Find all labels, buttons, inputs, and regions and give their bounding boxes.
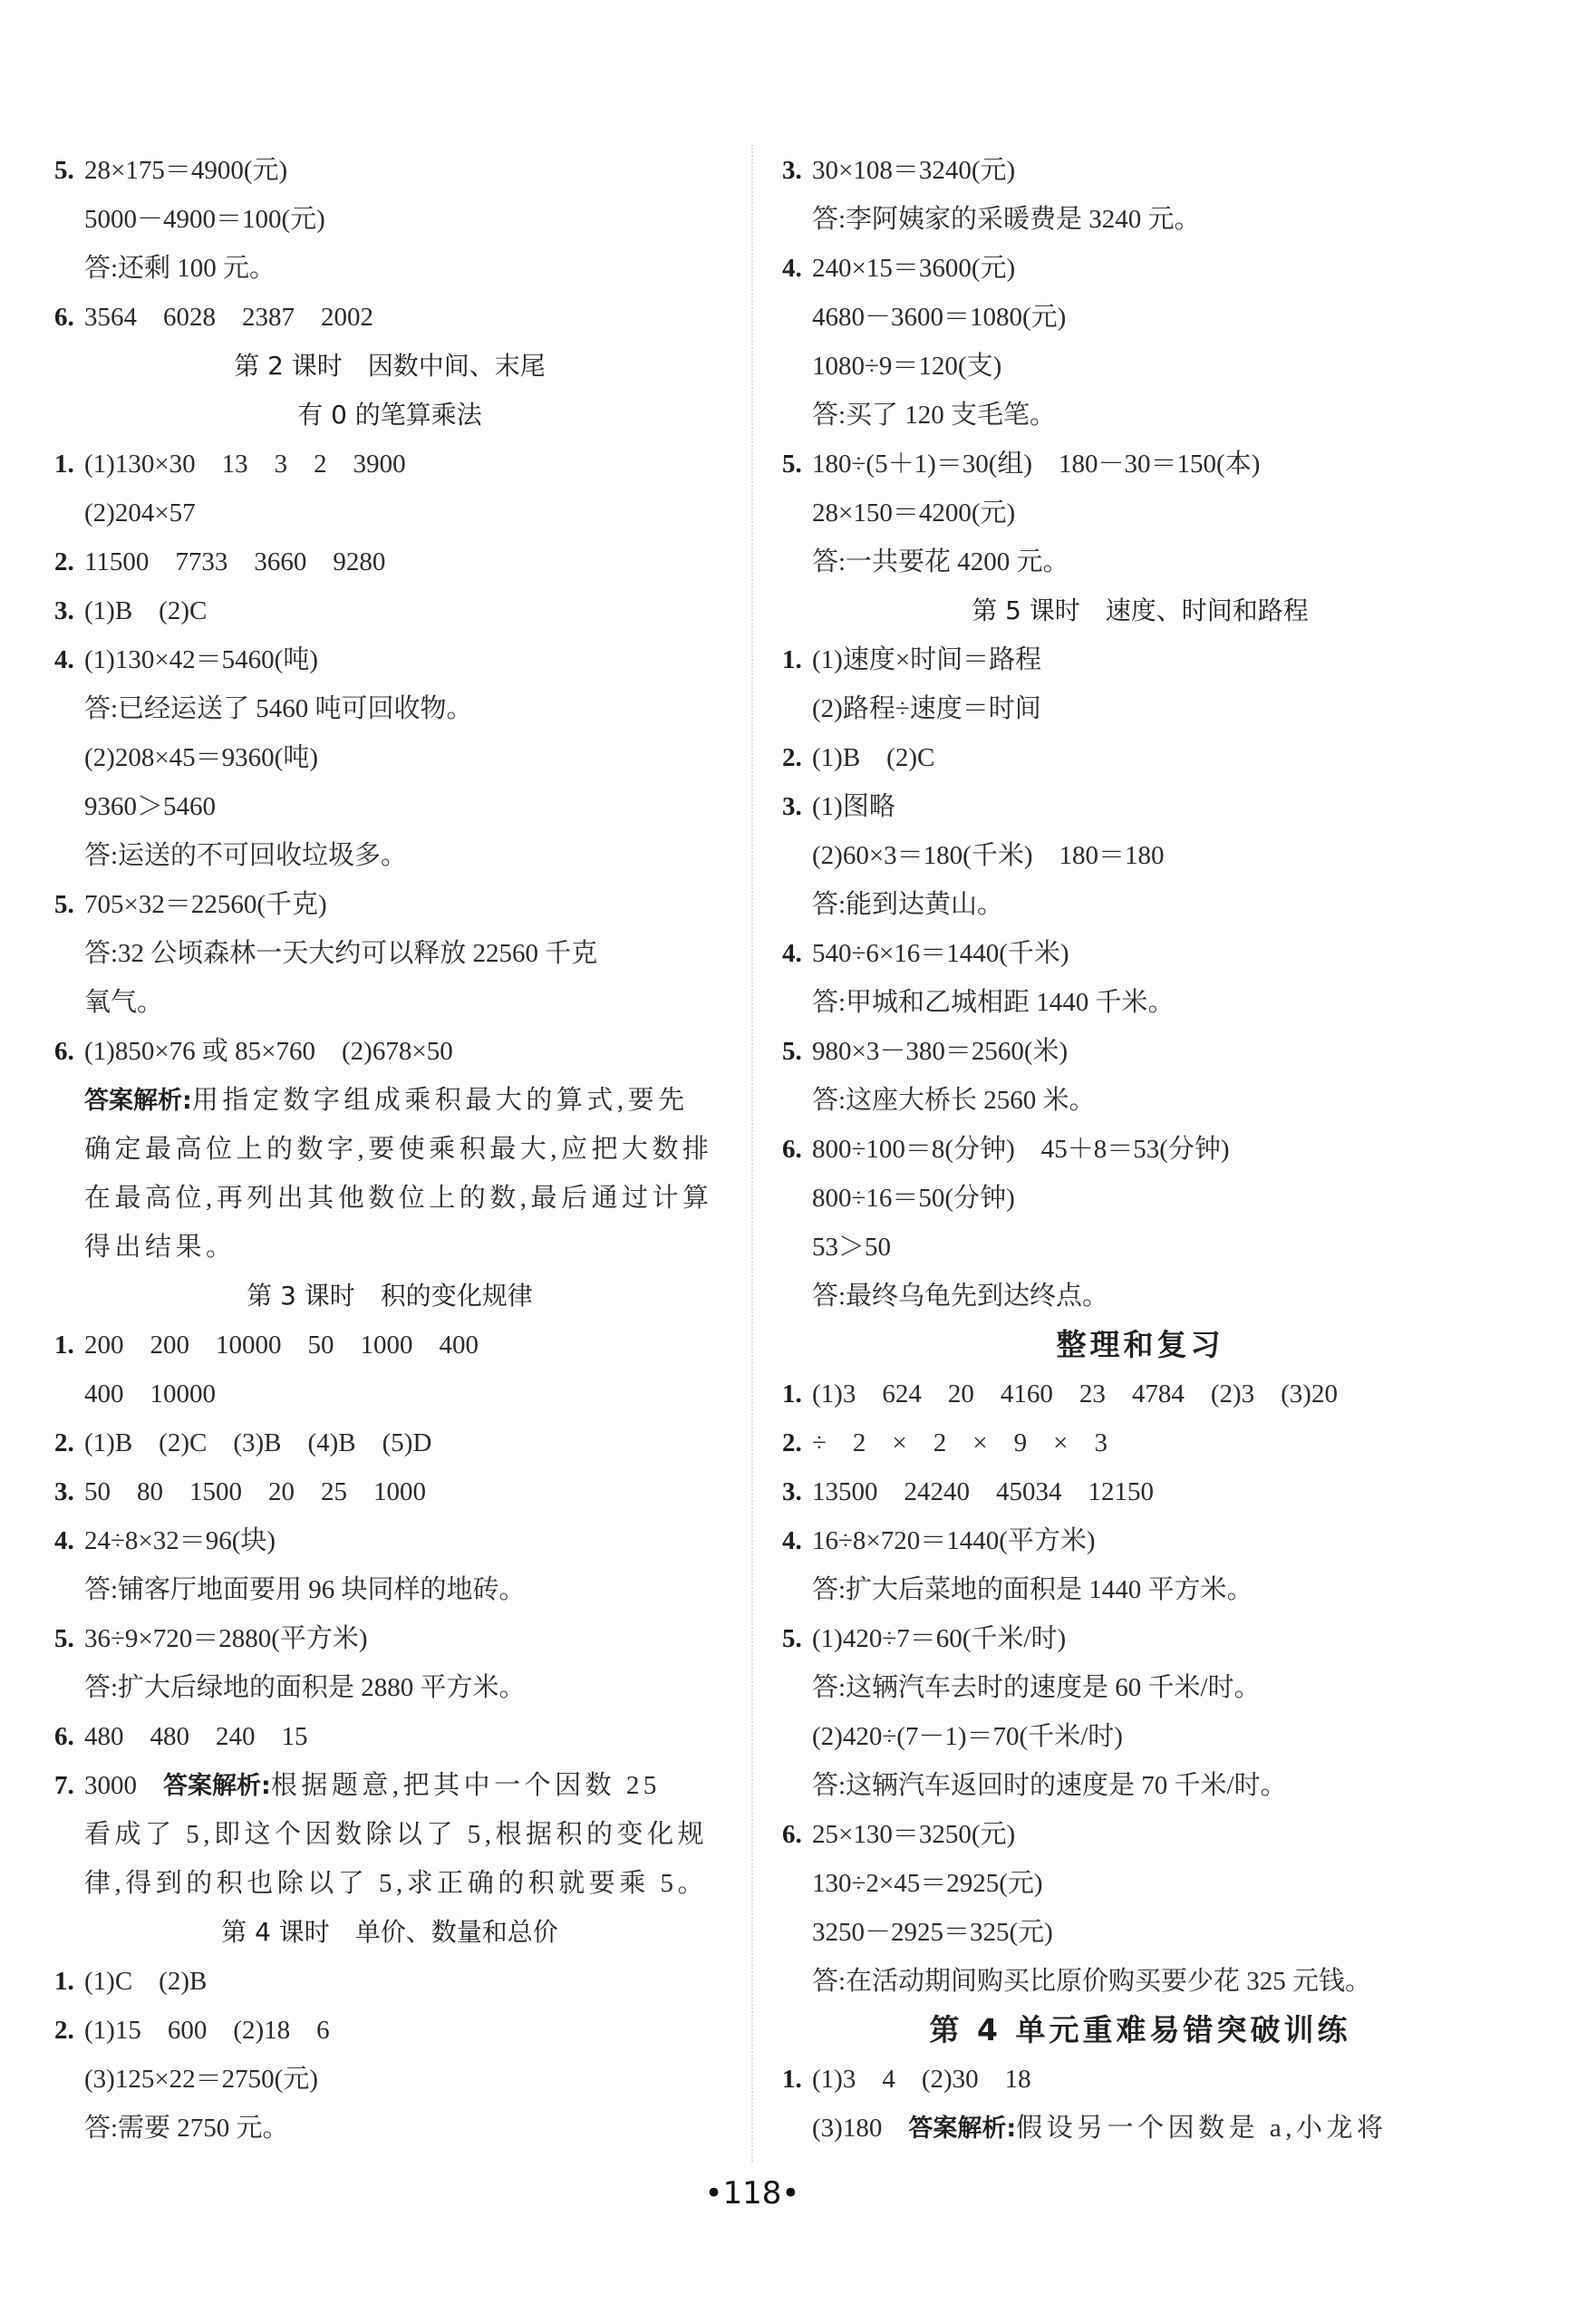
question-number: 1. (782, 1370, 812, 1418)
answer-item: 2.(1)B (2)C (782, 733, 1498, 782)
answer-item: 1.(1)C (2)B (54, 1957, 725, 2006)
answer-item: 5.36÷9×720＝2880(平方米) (54, 1614, 725, 1663)
answer-item: 6.3564 6028 2387 2002 (54, 293, 725, 342)
answer-text: (2)路程÷速度＝时间 (812, 694, 1041, 723)
answer-text: (1)B (2)C (3)B (4)B (5)D (84, 1428, 431, 1457)
answer-text: 得出结果。 (84, 1233, 237, 1262)
answer-continuation: 答:买了 120 支毛笔。 (782, 391, 1498, 440)
answer-text: (1)速度×时间＝路程 (812, 645, 1041, 674)
answer-text: 答:已经运送了 5460 吨可回收物。 (84, 694, 473, 723)
answer-continuation: 看成了 5,即这个因数除以了 5,根据积的变化规 (54, 1810, 725, 1859)
answer-item: 3.(1)B (2)C (54, 586, 725, 635)
section-heading: 第 5 课时 速度、时间和路程 (782, 586, 1498, 635)
answer-text: (1)850×76 或 85×760 (2)678×50 (84, 1037, 453, 1066)
answer-text: 答:这座大桥长 2560 米。 (812, 1086, 1096, 1115)
question-number: 6. (782, 1125, 812, 1174)
answer-item: 5.(1)420÷7＝60(千米/时) (782, 1614, 1498, 1663)
answer-continuation: 130÷2×45＝2925(元) (782, 1859, 1498, 1908)
answer-text: 30×108＝3240(元) (812, 156, 1015, 185)
question-number: 5. (782, 440, 812, 489)
answer-continuation: 律,得到的积也除以了 5,求正确的积就要乘 5。 (54, 1859, 725, 1908)
column-divider (751, 145, 753, 2162)
answer-text: 240×15＝3600(元) (812, 254, 1015, 283)
answer-item: 2.(1)B (2)C (3)B (4)B (5)D (54, 1418, 725, 1467)
answer-text: 答:这辆汽车去时的速度是 60 千米/时。 (812, 1673, 1261, 1702)
answer-continuation: 答:一共要花 4200 元。 (782, 537, 1498, 586)
answer-continuation: 答:这座大桥长 2560 米。 (782, 1076, 1498, 1125)
answer-item: 4.540÷6×16＝1440(千米) (782, 929, 1498, 978)
question-number: 2. (54, 537, 84, 586)
answer-continuation: 9360＞5460 (54, 782, 725, 831)
answer-text: 答:能到达黄山。 (812, 890, 1003, 919)
answer-text: 答:在活动期间购买比原价购买要少花 325 元钱。 (812, 1967, 1371, 1996)
answer-item: 5.980×3－380＝2560(米) (782, 1027, 1498, 1076)
answer-text: 50 80 1500 20 25 1000 (84, 1477, 426, 1506)
answer-text: 5000－4900＝100(元) (84, 205, 325, 234)
answer-text: 53＞50 (812, 1233, 891, 1262)
answer-item: 7.3000 答案解析:根据题意,把其中一个因数 25 (54, 1761, 725, 1810)
answer-text: (1)3 624 20 4160 23 4784 (2)3 (3)20 (812, 1379, 1338, 1408)
answer-continuation: 答:最终乌龟先到达终点。 (782, 1272, 1498, 1321)
answer-text: (1)3 4 (2)30 18 (812, 2065, 1031, 2094)
section-heading: 第 3 课时 积的变化规律 (54, 1272, 725, 1321)
question-number: 1. (54, 440, 84, 489)
answer-continuation: 答:需要 2750 元。 (54, 2104, 725, 2153)
answer-text: 400 10000 (84, 1379, 216, 1408)
answer-item: 6.480 480 240 15 (54, 1712, 725, 1761)
answer-item: 3.(1)图略 (782, 782, 1498, 831)
question-number: 5. (54, 146, 84, 195)
analysis-label: 答案解析: (908, 2115, 1016, 2143)
question-number: 3. (782, 1467, 812, 1516)
analysis-text: 根据题意,把其中一个因数 25 (271, 1771, 661, 1800)
analysis-text: 用指定数字组成乘积最大的算式,要先 (192, 1086, 689, 1115)
answer-item: 4.(1)130×42＝5460(吨) (54, 635, 725, 684)
answer-text: 氧气。 (84, 988, 163, 1017)
answer-item: 3.13500 24240 45034 12150 (782, 1467, 1498, 1516)
answer-item: 6.800÷100＝8(分钟) 45＋8＝53(分钟) (782, 1125, 1498, 1174)
answer-text: 13500 24240 45034 12150 (812, 1477, 1154, 1506)
answer-continuation: 答:扩大后菜地的面积是 1440 平方米。 (782, 1565, 1498, 1614)
answer-item: 6.25×130＝3250(元) (782, 1810, 1498, 1859)
question-number: 3. (54, 1467, 84, 1516)
answer-item: 3.30×108＝3240(元) (782, 146, 1498, 195)
answer-continuation: 1080÷9＝120(支) (782, 342, 1498, 391)
answer-continuation: (2)420÷(7－1)＝70(千米/时) (782, 1712, 1498, 1761)
answer-continuation: 答:运送的不可回收垃圾多。 (54, 831, 725, 880)
question-number: 2. (782, 1418, 812, 1467)
question-number: 6. (54, 293, 84, 342)
answer-item: 1.200 200 10000 50 1000 400 (54, 1321, 725, 1370)
answer-continuation: (3)125×22＝2750(元) (54, 2055, 725, 2104)
question-number: 5. (54, 1614, 84, 1663)
left-column: 5.28×175＝4900(元)5000－4900＝100(元)答:还剩 100… (54, 146, 725, 2153)
answer-text: 律,得到的积也除以了 5,求正确的积就要乘 5。 (84, 1869, 708, 1898)
answer-continuation: 得出结果。 (54, 1223, 725, 1272)
answer-text: 在最高位,再列出其他数位上的数,最后通过计算 (84, 1184, 713, 1213)
answer-continuation: 答:在活动期间购买比原价购买要少花 325 元钱。 (782, 1957, 1498, 2006)
answer-text: 9360＞5460 (84, 792, 216, 821)
answer-text: (2)420÷(7－1)＝70(千米/时) (812, 1722, 1123, 1751)
answer-text: (1)420÷7＝60(千米/时) (812, 1624, 1066, 1653)
question-number: 5. (54, 880, 84, 929)
section-heading: 第 2 课时 因数中间、末尾 (54, 342, 725, 391)
question-number: 6. (54, 1712, 84, 1761)
answer-text: 答:铺客厅地面要用 96 块同样的地砖。 (84, 1575, 526, 1604)
question-number: 3. (782, 146, 812, 195)
section-heading: 整理和复习 (782, 1321, 1498, 1370)
analysis-line: 答案解析:用指定数字组成乘积最大的算式,要先 (54, 1076, 725, 1125)
answer-text: (1)图略 (812, 792, 895, 821)
answer-continuation: 答:甲城和乙城相距 1440 千米。 (782, 978, 1498, 1027)
answer-continuation: 确定最高位上的数字,要使乘积最大,应把大数排 (54, 1125, 725, 1174)
answer-continuation: 答:铺客厅地面要用 96 块同样的地砖。 (54, 1565, 725, 1614)
answer-text: 36÷9×720＝2880(平方米) (84, 1624, 368, 1653)
answer-text: (1)130×42＝5460(吨) (84, 645, 318, 674)
analysis-label: 答案解析: (84, 1087, 192, 1115)
answer-text: 25×130＝3250(元) (812, 1820, 1015, 1849)
answer-item: 6.(1)850×76 或 85×760 (2)678×50 (54, 1027, 725, 1076)
question-number: 6. (782, 1810, 812, 1859)
answer-text: (1)15 600 (2)18 6 (84, 2016, 330, 2045)
question-number: 1. (782, 635, 812, 684)
answer-text: 480 480 240 15 (84, 1722, 308, 1751)
answer-item: 1.(1)3 4 (2)30 18 (782, 2055, 1498, 2104)
answer-item: 2.÷ 2 × 2 × 9 × 3 (782, 1418, 1498, 1467)
question-number: 1. (782, 2055, 812, 2104)
answer-text: 3564 6028 2387 2002 (84, 303, 373, 332)
answer-continuation: 答:这辆汽车返回时的速度是 70 千米/时。 (782, 1761, 1498, 1810)
question-number: 7. (54, 1761, 84, 1810)
answer-continuation: 4680－3600＝1080(元) (782, 293, 1498, 342)
answer-item: 5.705×32＝22560(千克) (54, 880, 725, 929)
answer-continuation: 答:能到达黄山。 (782, 880, 1498, 929)
answer-text: 24÷8×32＝96(块) (84, 1526, 276, 1555)
answer-text: 答:最终乌龟先到达终点。 (812, 1282, 1108, 1311)
answer-text: (2)208×45＝9360(吨) (84, 743, 318, 772)
answer-text: 705×32＝22560(千克) (84, 890, 327, 919)
answer-text: 3000 (84, 1771, 163, 1800)
answer-text: (2)60×3＝180(千米) 180＝180 (812, 841, 1164, 870)
answer-text: 16÷8×720＝1440(平方米) (812, 1526, 1096, 1555)
section-heading: 有 0 的笔算乘法 (54, 391, 725, 440)
answer-continuation: 氧气。 (54, 978, 725, 1027)
answer-item: 4.16÷8×720＝1440(平方米) (782, 1516, 1498, 1565)
question-number: 4. (54, 635, 84, 684)
answer-text: ÷ 2 × 2 × 9 × 3 (812, 1428, 1108, 1457)
answer-text: 28×175＝4900(元) (84, 156, 287, 185)
analysis-label: 答案解析: (163, 1772, 271, 1800)
answer-text: 答:扩大后绿地的面积是 2880 平方米。 (84, 1673, 526, 1702)
question-number: 3. (782, 782, 812, 831)
question-number: 3. (54, 586, 84, 635)
answer-text: (3)180 (812, 2114, 908, 2143)
answer-text: 答:扩大后菜地的面积是 1440 平方米。 (812, 1575, 1253, 1604)
answer-continuation: 28×150＝4200(元) (782, 489, 1498, 537)
answer-text: 答:一共要花 4200 元。 (812, 547, 1069, 576)
answer-item: 1.(1)130×30 13 3 2 3900 (54, 440, 725, 489)
answer-continuation: 答:已经运送了 5460 吨可回收物。 (54, 684, 725, 733)
answer-text: (1)B (2)C (812, 743, 934, 772)
answer-text: (1)130×30 13 3 2 3900 (84, 450, 406, 479)
answer-item: 4.24÷8×32＝96(块) (54, 1516, 725, 1565)
answer-text: 确定最高位上的数字,要使乘积最大,应把大数排 (84, 1135, 713, 1164)
answer-item: 5.28×175＝4900(元) (54, 146, 725, 195)
answer-text: 3250－2925＝325(元) (812, 1918, 1053, 1947)
answer-text: 答:买了 120 支毛笔。 (812, 401, 1056, 430)
question-number: 6. (54, 1027, 84, 1076)
answer-continuation: 答:李阿姨家的采暖费是 3240 元。 (782, 195, 1498, 244)
answer-continuation: (2)路程÷速度＝时间 (782, 684, 1498, 733)
answer-continuation: 800÷16＝50(分钟) (782, 1174, 1498, 1223)
answer-continuation: 在最高位,再列出其他数位上的数,最后通过计算 (54, 1174, 725, 1223)
answer-text: (2)204×57 (84, 498, 196, 528)
answer-continuation: 3250－2925＝325(元) (782, 1908, 1498, 1957)
question-number: 4. (54, 1516, 84, 1565)
answer-text: 答:需要 2750 元。 (84, 2114, 289, 2143)
answer-continuation: 5000－4900＝100(元) (54, 195, 725, 244)
answer-text: 答:甲城和乙城相距 1440 千米。 (812, 988, 1175, 1017)
question-number: 2. (54, 1418, 84, 1467)
question-number: 4. (782, 1516, 812, 1565)
question-number: 2. (54, 2006, 84, 2055)
answer-text: 答:这辆汽车返回时的速度是 70 千米/时。 (812, 1771, 1287, 1800)
answer-text: 980×3－380＝2560(米) (812, 1037, 1068, 1066)
page-number: •118• (698, 2175, 807, 2212)
question-number: 4. (782, 929, 812, 978)
answer-item: 1.(1)速度×时间＝路程 (782, 635, 1498, 684)
section-heading: 第 4 课时 单价、数量和总价 (54, 1908, 725, 1957)
answer-continuation: (2)60×3＝180(千米) 180＝180 (782, 831, 1498, 880)
answer-continuation: 53＞50 (782, 1223, 1498, 1272)
answer-item: 2.(1)15 600 (2)18 6 (54, 2006, 725, 2055)
answer-continuation: (2)208×45＝9360(吨) (54, 733, 725, 782)
answer-text: (1)B (2)C (84, 596, 207, 625)
answer-text: 答:32 公顷森林一天大约可以释放 22560 千克 (84, 939, 597, 968)
answer-text: 540÷6×16＝1440(千米) (812, 939, 1069, 968)
answer-continuation: (3)180 答案解析:假设另一个因数是 a,小龙将 (782, 2104, 1498, 2153)
answer-text: 答:李阿姨家的采暖费是 3240 元。 (812, 205, 1201, 234)
answer-text: 11500 7733 3660 9280 (84, 547, 385, 576)
answer-continuation: 答:32 公顷森林一天大约可以释放 22560 千克 (54, 929, 725, 978)
answer-text: 180÷(5＋1)＝30(组) 180－30＝150(本) (812, 450, 1260, 479)
answer-text: 1080÷9＝120(支) (812, 352, 1001, 381)
question-number: 1. (54, 1957, 84, 2006)
answer-text: 看成了 5,即这个因数除以了 5,根据积的变化规 (84, 1820, 708, 1849)
question-number: 1. (54, 1321, 84, 1370)
answer-continuation: 答:扩大后绿地的面积是 2880 平方米。 (54, 1663, 725, 1712)
analysis-text: 假设另一个因数是 a,小龙将 (1016, 2114, 1387, 2143)
answer-text: (1)C (2)B (84, 1967, 207, 1996)
question-number: 4. (782, 244, 812, 293)
answer-continuation: (2)204×57 (54, 489, 725, 537)
question-number: 5. (782, 1614, 812, 1663)
right-column: 3.30×108＝3240(元)答:李阿姨家的采暖费是 3240 元。4.240… (782, 146, 1498, 2153)
answer-text: 200 200 10000 50 1000 400 (84, 1331, 479, 1360)
answer-text: 28×150＝4200(元) (812, 498, 1015, 528)
question-number: 2. (782, 733, 812, 782)
answer-continuation: 400 10000 (54, 1370, 725, 1418)
answer-text: 130÷2×45＝2925(元) (812, 1869, 1043, 1898)
answer-item: 5.180÷(5＋1)＝30(组) 180－30＝150(本) (782, 440, 1498, 489)
answer-text: 800÷16＝50(分钟) (812, 1184, 1015, 1213)
answer-text: (3)125×22＝2750(元) (84, 2065, 318, 2094)
section-heading: 第 4 单元重难易错突破训练 (782, 2006, 1498, 2055)
answer-text: 4680－3600＝1080(元) (812, 303, 1066, 332)
answer-continuation: 答:这辆汽车去时的速度是 60 千米/时。 (782, 1663, 1498, 1712)
question-number: 5. (782, 1027, 812, 1076)
answer-item: 2.11500 7733 3660 9280 (54, 537, 725, 586)
answer-text: 答:还剩 100 元。 (84, 254, 276, 283)
answer-item: 3.50 80 1500 20 25 1000 (54, 1467, 725, 1516)
answer-text: 800÷100＝8(分钟) 45＋8＝53(分钟) (812, 1135, 1230, 1164)
answer-item: 1.(1)3 624 20 4160 23 4784 (2)3 (3)20 (782, 1370, 1498, 1418)
answer-item: 4.240×15＝3600(元) (782, 244, 1498, 293)
answer-text: 答:运送的不可回收垃圾多。 (84, 841, 407, 870)
answer-continuation: 答:还剩 100 元。 (54, 244, 725, 293)
